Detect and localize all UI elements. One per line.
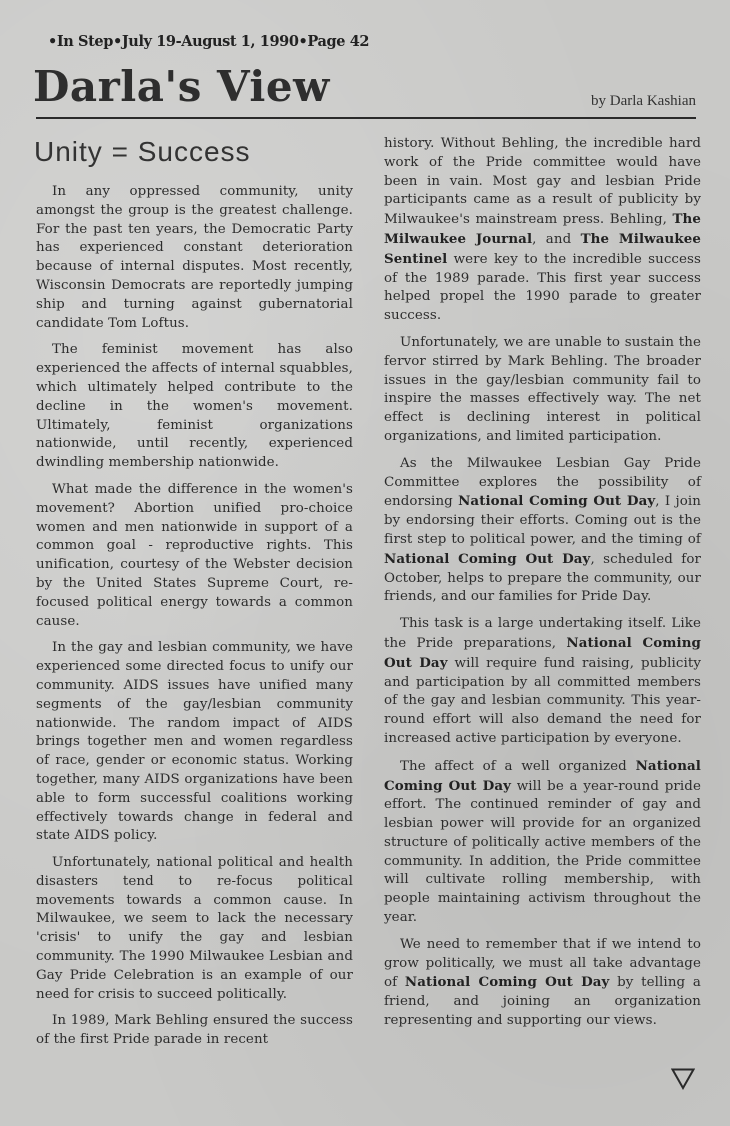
paragraph: What made the difference in the women's … [36,481,353,631]
paragraph: Unfortunately, we are unable to sustain … [384,334,701,447]
end-mark-triangle-icon [671,1068,695,1090]
event-name: National Coming Out Day [384,551,590,567]
article-column-left: In any oppressed community, unity amongs… [36,183,353,1058]
paragraph: Unfortunately, national political and he… [36,854,353,1004]
paragraph: This task is a large undertaking itself.… [384,615,701,749]
paragraph: The feminist movement has also experienc… [36,341,353,473]
article-headline: Unity = Success [34,136,251,168]
paragraph: As the Milwaukee Lesbian Gay Pride Commi… [384,455,701,607]
byline: by Darla Kashian [591,93,696,110]
masthead-rule [36,117,696,119]
paragraph: The affect of a well organized National … [384,757,701,928]
event-name: National Coming Out Day [458,493,655,509]
event-name: National Coming Out Day [405,974,610,990]
paragraph: In 1989, Mark Behling ensured the succes… [36,1012,353,1050]
article-column-right: history. Without Behling, the incredible… [384,135,701,1039]
paragraph: We need to remember that if we intend to… [384,936,701,1031]
column-masthead: Darla's View [33,66,330,108]
paragraph: history. Without Behling, the incredible… [384,135,701,326]
paragraph: In any oppressed community, unity amongs… [36,183,353,333]
folio-line: •In Step•July 19-August 1, 1990•Page 42 [48,33,369,50]
paragraph: In the gay and lesbian community, we hav… [36,639,353,846]
